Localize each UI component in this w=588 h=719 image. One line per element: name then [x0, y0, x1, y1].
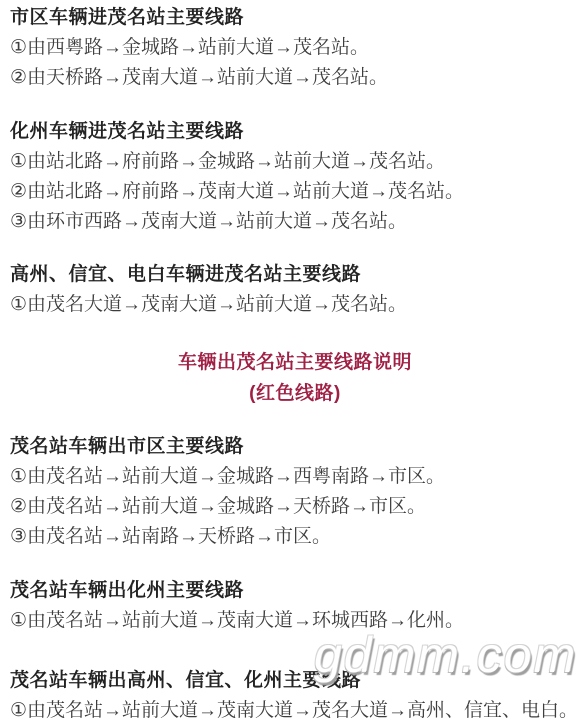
route-notice-page: 市区车辆进茂名站主要线路 ①由西粤路→金城路→站前大道→茂名站。 ②由天桥路→茂…	[0, 0, 588, 719]
route-line: ②由茂名站→站前大道→金城路→天桥路→市区。	[10, 492, 580, 522]
route-line: ③由环市西路→茂南大道→站前大道→茂名站。	[10, 207, 580, 237]
section-inbound-city: 市区车辆进茂名站主要线路 ①由西粤路→金城路→站前大道→茂名站。 ②由天桥路→茂…	[10, 3, 580, 93]
section-inbound-huazhou: 化州车辆进茂名站主要线路 ①由站北路→府前路→金城路→站前大道→茂名站。 ②由站…	[10, 117, 580, 237]
section-outbound-huazhou: 茂名站车辆出化州主要线路 ①由茂名站→站前大道→茂南大道→环城西路→化州。	[10, 576, 580, 636]
outbound-divider: 车辆出茂名站主要线路说明 (红色线路)	[10, 347, 580, 409]
section-heading: 茂名站车辆出化州主要线路	[10, 576, 580, 606]
section-heading: 市区车辆进茂名站主要线路	[10, 3, 580, 33]
route-line: ①由站北路→府前路→金城路→站前大道→茂名站。	[10, 147, 580, 177]
divider-title: 车辆出茂名站主要线路说明	[10, 347, 580, 378]
route-line: ①由茂名站→站前大道→茂南大道→茂名大道→高州、信宜、电白。	[10, 696, 580, 719]
section-heading: 茂名站车辆出市区主要线路	[10, 432, 580, 462]
route-line: ③由茂名站→站南路→天桥路→市区。	[10, 522, 580, 552]
divider-subtitle: (红色线路)	[10, 378, 580, 409]
route-line: ②由天桥路→茂南大道→站前大道→茂名站。	[10, 63, 580, 93]
route-line: ①由茂名站→站前大道→金城路→西粤南路→市区。	[10, 462, 580, 492]
section-inbound-gaozhou-xinyi-dianbai: 高州、信宜、电白车辆进茂名站主要线路 ①由茂名大道→茂南大道→站前大道→茂名站。	[10, 260, 580, 320]
route-line: ①由茂名站→站前大道→茂南大道→环城西路→化州。	[10, 606, 580, 636]
route-line: ②由站北路→府前路→茂南大道→站前大道→茂名站。	[10, 177, 580, 207]
section-outbound-gaozhou-xinyi-huazhou: 茂名站车辆出高州、信宜、化州主要线路 ①由茂名站→站前大道→茂南大道→茂名大道→…	[10, 666, 580, 719]
section-heading: 茂名站车辆出高州、信宜、化州主要线路	[10, 666, 580, 696]
route-line: ①由茂名大道→茂南大道→站前大道→茂名站。	[10, 290, 580, 320]
section-heading: 化州车辆进茂名站主要线路	[10, 117, 580, 147]
route-line: ①由西粤路→金城路→站前大道→茂名站。	[10, 33, 580, 63]
section-heading: 高州、信宜、电白车辆进茂名站主要线路	[10, 260, 580, 290]
section-outbound-city: 茂名站车辆出市区主要线路 ①由茂名站→站前大道→金城路→西粤南路→市区。 ②由茂…	[10, 432, 580, 552]
